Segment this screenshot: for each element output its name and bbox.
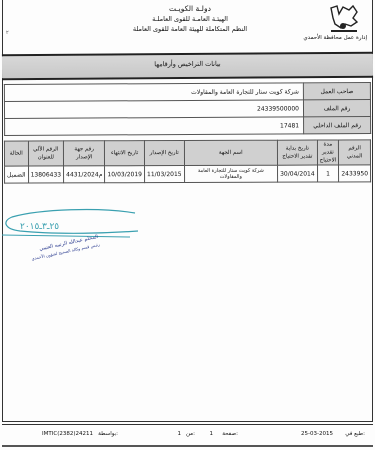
of-label: من: — [186, 431, 195, 437]
employer-info-table: صاحب العمل شركة كويت ستار للتجارة العامة… — [4, 82, 371, 136]
info-label: رقم الملف — [303, 100, 370, 117]
document-header: دولـة الكويـت الهيئـة العامـة للقوى العا… — [0, 0, 375, 50]
info-value: 17481 — [5, 117, 304, 136]
cell-expiry-date: 10/03/2019 — [105, 166, 145, 183]
header-country: دولـة الكويـت — [110, 4, 270, 14]
license-table: الرقم المدني مدة تقدير الاحتياج تاريخ بد… — [4, 139, 371, 183]
column-header: الرقم الآلي للعنوان — [28, 141, 64, 166]
cell-issuer-no: م4431/2024 — [64, 166, 105, 183]
by-label: بواسطة: — [98, 431, 118, 437]
cell-start-date: 30/04/2014 — [278, 165, 318, 182]
header-authority: الهيئـة العامـة للقوى العاملـة — [110, 14, 270, 24]
section-title: بيانات التراخيص وأرقامها — [2, 59, 373, 70]
page-label: صفحة: — [222, 431, 238, 437]
column-header: مدة تقدير الاحتياج — [317, 140, 339, 165]
print-date-label: طبع في: — [345, 431, 365, 437]
page-value: 1 — [210, 431, 214, 437]
info-row: رقم الملف الداخلي 17481 — [5, 117, 371, 136]
license-header-row: الرقم المدني مدة تقدير الاحتياج تاريخ بد… — [4, 140, 370, 166]
info-value: 24339500000 — [4, 100, 303, 119]
cell-status: الضميل — [5, 166, 29, 183]
print-footer: طبع في: 25-03-2015 صفحة: 1 من: 1 بواسطة:… — [2, 424, 373, 447]
column-header: تاريخ الإصدار — [144, 141, 184, 166]
header-titles: دولـة الكويـت الهيئـة العامـة للقوى العا… — [110, 4, 270, 34]
handwritten-date: ٢٥ـ٣ـ٢٠١٥ — [20, 222, 59, 232]
column-header: الرقم المدني — [339, 140, 371, 165]
authority-logo-icon — [323, 4, 363, 34]
section-title-band: بيانات التراخيص وأرقامها — [2, 52, 373, 81]
column-header: تاريخ الانتهاء — [105, 141, 145, 166]
org-label: إدارة عمل محافظة الأحمدي — [303, 35, 367, 41]
margin-mark: ٢ — [6, 30, 9, 36]
column-header: اسم الجهة — [184, 140, 278, 165]
table-row: 2433950 1 30/04/2014 شركة كويت ستار للتج… — [5, 165, 371, 183]
info-row: رقم الملف 24339500000 — [4, 100, 370, 119]
cell-entity-name: شركة كويت ستار للتجارة العامة والمقاولات — [184, 165, 278, 182]
info-row: صاحب العمل شركة كويت ستار للتجارة العامة… — [4, 83, 370, 102]
column-header: تاريخ بداية تقدير الاحتياج — [277, 140, 317, 165]
info-label: رقم الملف الداخلي — [304, 117, 371, 134]
cell-address-no: 13806433 — [28, 166, 64, 183]
cell-duration: 1 — [317, 165, 339, 182]
header-system: النظم المتكاملة للهيئة العامة للقوى العا… — [110, 24, 270, 34]
of-value: 1 — [178, 431, 182, 437]
by-value: IMTIC(2382)24211 — [42, 431, 93, 437]
info-value: شركة كويت ستار للتجارة العامة والمقاولات — [4, 83, 303, 102]
column-header: رقم جهة الإصدار — [64, 141, 105, 166]
cell-issue-date: 11/03/2015 — [144, 166, 184, 183]
print-date-value: 25-03-2015 — [301, 431, 333, 437]
cell-civil-id: 2433950 — [339, 165, 371, 182]
info-label: صاحب العمل — [303, 83, 370, 100]
column-header: الحالة — [4, 141, 28, 166]
